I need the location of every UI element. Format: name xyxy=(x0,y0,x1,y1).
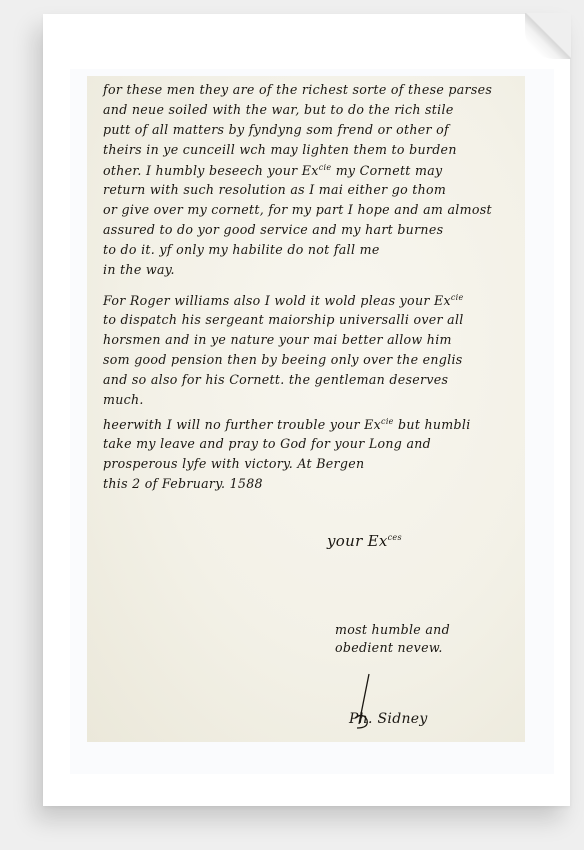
letter-line: theirs in ye cunceill wch may lighten th… xyxy=(103,144,457,157)
letter-line: heerwith I will no further trouble your … xyxy=(103,418,471,432)
letter-line: for these men they are of the richest so… xyxy=(103,84,492,97)
closing-your: your Exces xyxy=(327,534,402,549)
superscript: cie xyxy=(381,417,394,426)
letter-line: in the way. xyxy=(103,264,175,277)
letter-line: and neue soiled with the war, but to do … xyxy=(103,104,454,117)
letter-text: other. I humbly beseech your Ex xyxy=(103,163,319,178)
letter-line: this 2 of February. 1588 xyxy=(103,478,263,491)
superscript: cie xyxy=(319,163,332,172)
closing-line: obedient nevew. xyxy=(335,642,443,655)
letter-line: other. I humbly beseech your Excie my Co… xyxy=(103,164,442,178)
print-paper: for these men they are of the richest so… xyxy=(43,14,570,806)
letter-line: to do it. yf only my habilite do not fal… xyxy=(103,244,380,257)
letter-text: my Cornett may xyxy=(336,163,443,178)
letter-line: or give over my cornett, for my part I h… xyxy=(103,204,492,217)
letter-line: som good pension then by beeing only ove… xyxy=(103,354,463,367)
letter-text: your Ex xyxy=(327,532,388,550)
superscript: cie xyxy=(451,293,464,302)
letter-line: prosperous lyfe with victory. At Bergen xyxy=(103,458,364,471)
letter-line: assured to do yor good service and my ha… xyxy=(103,224,443,237)
letter-text: For Roger williams also I wold it wold p… xyxy=(103,293,451,308)
letter-text: heerwith I will no further trouble your … xyxy=(103,417,381,432)
letter-line: and so also for his Cornett. the gentlem… xyxy=(103,374,448,387)
page-curl-corner xyxy=(525,13,571,59)
letter-line: much. xyxy=(103,394,144,407)
letter-line: putt of all matters by fyndyng som frend… xyxy=(103,124,449,137)
letter-line: return with such resolution as I mai eit… xyxy=(103,184,446,197)
manuscript-letter: for these men they are of the richest so… xyxy=(87,76,525,742)
superscript: ces xyxy=(388,533,402,542)
letter-line: For Roger williams also I wold it wold p… xyxy=(103,294,464,308)
closing-line: most humble and xyxy=(335,624,450,637)
letter-line: to dispatch his sergeant maiorship unive… xyxy=(103,314,464,327)
signature: Ph. Sidney xyxy=(349,712,428,726)
letter-line: take my leave and pray to God for your L… xyxy=(103,438,431,451)
letter-line: horsmen and in ye nature your mai better… xyxy=(103,334,452,347)
letter-text: but humbli xyxy=(398,417,471,432)
